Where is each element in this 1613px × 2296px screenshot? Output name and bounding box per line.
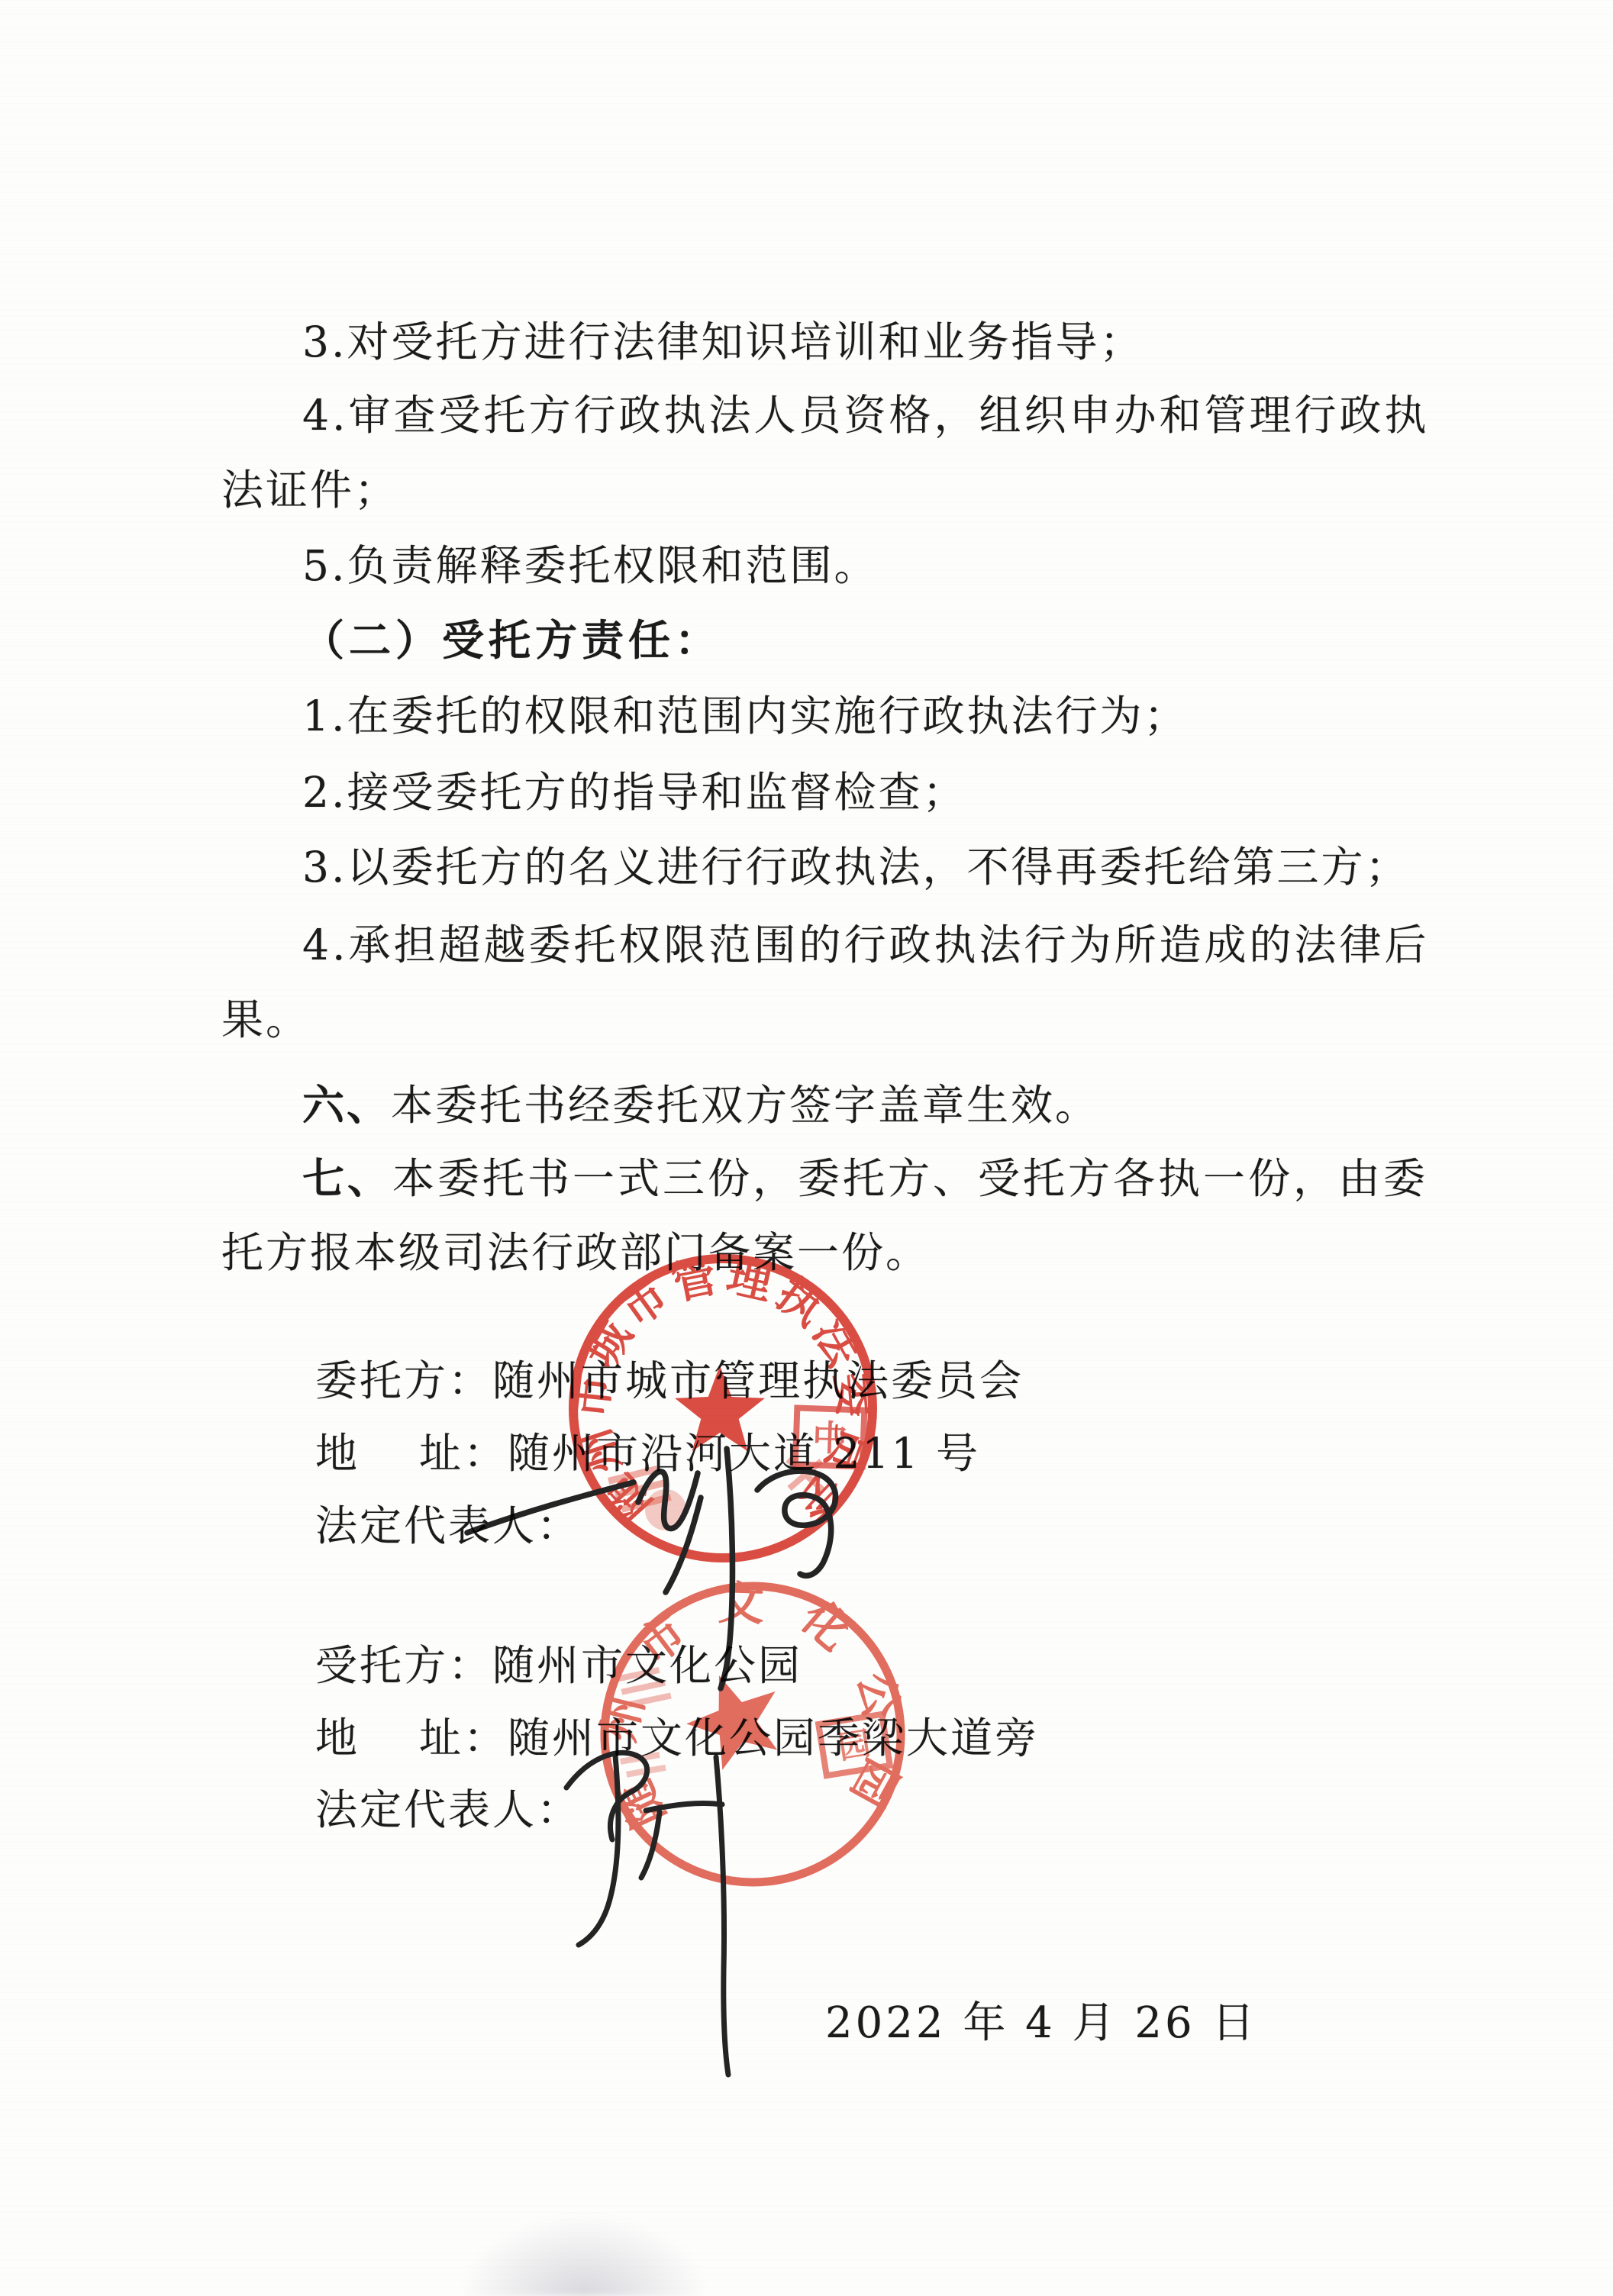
body-line: 果。 (221, 986, 310, 1046)
body-line: 六、本委托书经委托双方签字盖章生效。 (302, 1072, 1099, 1132)
entrusted-address-line: 地址：随州市文化公园季梁大道旁 (315, 1704, 1039, 1765)
body-line: 七、本委托书一式三份，委托方、受托方各执一份，由委 (302, 1145, 1428, 1205)
body-line: 托方报本级司法行政部门备案一份。 (221, 1219, 930, 1279)
body-line: 4.审查受托方行政执法人员资格，组织申办和管理行政执 (302, 382, 1429, 442)
section-heading: （二）受托方责任： (302, 607, 721, 667)
body-line: 3.以委托方的名义进行行政执法，不得再委托给第三方； (302, 834, 1409, 894)
body-line: 1.在委托的权限和范围内实施行政执法行为； (302, 682, 1188, 743)
entrusting-address-line: 地址：随州市沿河大道 211 号 (315, 1420, 980, 1480)
entrusting-address: 随州市沿河大道 211 号 (508, 1429, 980, 1478)
body-line: 3.对受托方进行法律知识培训和业务指导； (302, 308, 1144, 369)
body-line: 5.负责解释委托权限和范围。 (302, 532, 878, 592)
signature-entrusted-rep (566, 1753, 728, 2075)
entrusted-party-label: 受托方： (315, 1641, 492, 1690)
entrusted-address: 随州市文化公园季梁大道旁 (508, 1714, 1039, 1762)
entrusted-legal-rep-line: 法定代表人： (315, 1776, 581, 1836)
body-line: 法证件； (221, 456, 398, 517)
entrusted-party-line: 受托方：随州市文化公园 (315, 1632, 802, 1692)
document-date: 2022 年 4 月 26 日 (825, 1989, 1257, 2050)
entrusting-party-line: 委托方：随州市城市管理执法委员会 (315, 1347, 1024, 1408)
entrusting-party-label: 委托方： (315, 1356, 492, 1405)
body-line: 2.接受委托方的指导和监督检查； (302, 759, 966, 819)
entrusted-party-name: 随州市文化公园 (492, 1641, 802, 1690)
scanned-document-page: 3.对受托方进行法律知识培训和业务指导； 4.审查受托方行政执法人员资格，组织申… (0, 0, 1613, 2296)
entrusting-legal-rep-line: 法定代表人： (315, 1492, 581, 1553)
scan-smudge (458, 2214, 710, 2296)
body-line: 4.承担超越委托权限范围的行政执法行为所造成的法律后 (302, 911, 1429, 972)
entrusting-party-name: 随州市城市管理执法委员会 (492, 1356, 1024, 1405)
